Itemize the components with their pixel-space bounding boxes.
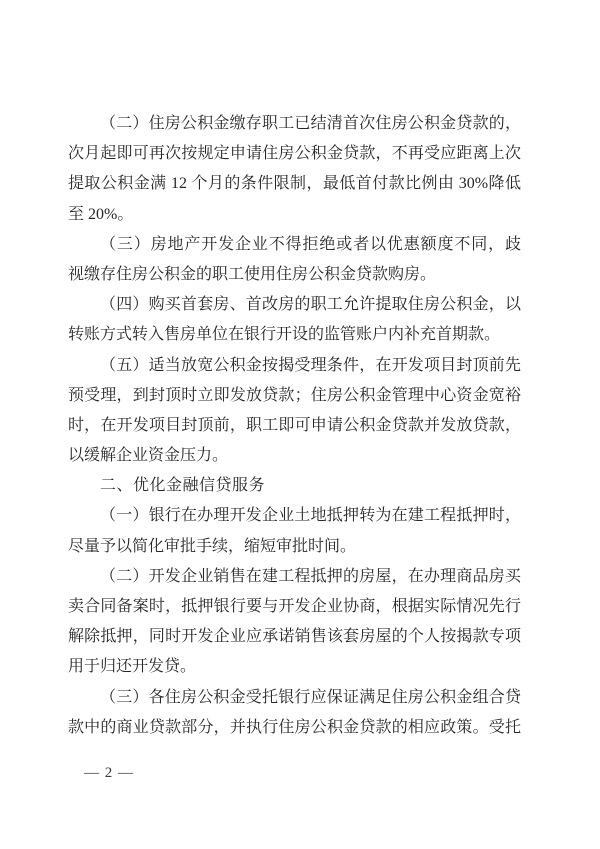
- document-line: 提取公积金满 12 个月的条件限制，最低首付款比例由 30%降低: [68, 169, 521, 199]
- document-line: （二）开发企业销售在建工程抵押的房屋，在办理商品房买: [68, 562, 521, 592]
- document-line: 用于归还开发贷。: [68, 652, 521, 682]
- document-line: 卖合同备案时，抵押银行要与开发企业协商，根据实际情况先行: [68, 592, 521, 622]
- document-line: 以缓解企业资金压力。: [68, 441, 521, 471]
- document-line: 视缴存住房公积金的职工使用住房公积金贷款购房。: [68, 260, 521, 290]
- document-line: （四）购买首套房、首改房的职工允许提取住房公积金，以: [68, 290, 521, 320]
- document-line: 至 20%。: [68, 200, 521, 230]
- document-line: （二）住房公积金缴存职工已结清首次住房公积金贷款的，: [68, 109, 521, 139]
- document-line: 解除抵押，同时开发企业应承诺销售该套房屋的个人按揭款专项: [68, 622, 521, 652]
- page-number: — 2 —: [84, 763, 134, 783]
- document-page: （二）住房公积金缴存职工已结清首次住房公积金贷款的， 次月起即可再次按规定申请住…: [0, 0, 600, 849]
- document-line: 转账方式转入售房单位在银行开设的监管账户内补充首期款。: [68, 320, 521, 350]
- document-line: （三）房地产开发企业不得拒绝或者以优惠额度不同，歧: [68, 230, 521, 260]
- document-line: 款中的商业贷款部分，并执行住房公积金贷款的相应政策。受托: [68, 713, 521, 743]
- document-line: 预受理，到封顶时立即发放贷款；住房公积金管理中心资金宽裕: [68, 381, 521, 411]
- document-line: （五）适当放宽公积金按揭受理条件，在开发项目封顶前先: [68, 351, 521, 381]
- document-body: （二）住房公积金缴存职工已结清首次住房公积金贷款的， 次月起即可再次按规定申请住…: [68, 109, 521, 743]
- document-line: （一）银行在办理开发企业土地抵押转为在建工程抵押时，: [68, 501, 521, 531]
- section-heading: 二、优化金融信贷服务: [68, 471, 521, 501]
- document-line: 尽量予以简化审批手续，缩短审批时间。: [68, 532, 521, 562]
- document-line: 次月起即可再次按规定申请住房公积金贷款，不再受应距离上次: [68, 139, 521, 169]
- document-line: 时，在开发项目封顶前，职工即可申请公积金贷款并发放贷款，: [68, 411, 521, 441]
- document-line: （三）各住房公积金受托银行应保证满足住房公积金组合贷: [68, 683, 521, 713]
